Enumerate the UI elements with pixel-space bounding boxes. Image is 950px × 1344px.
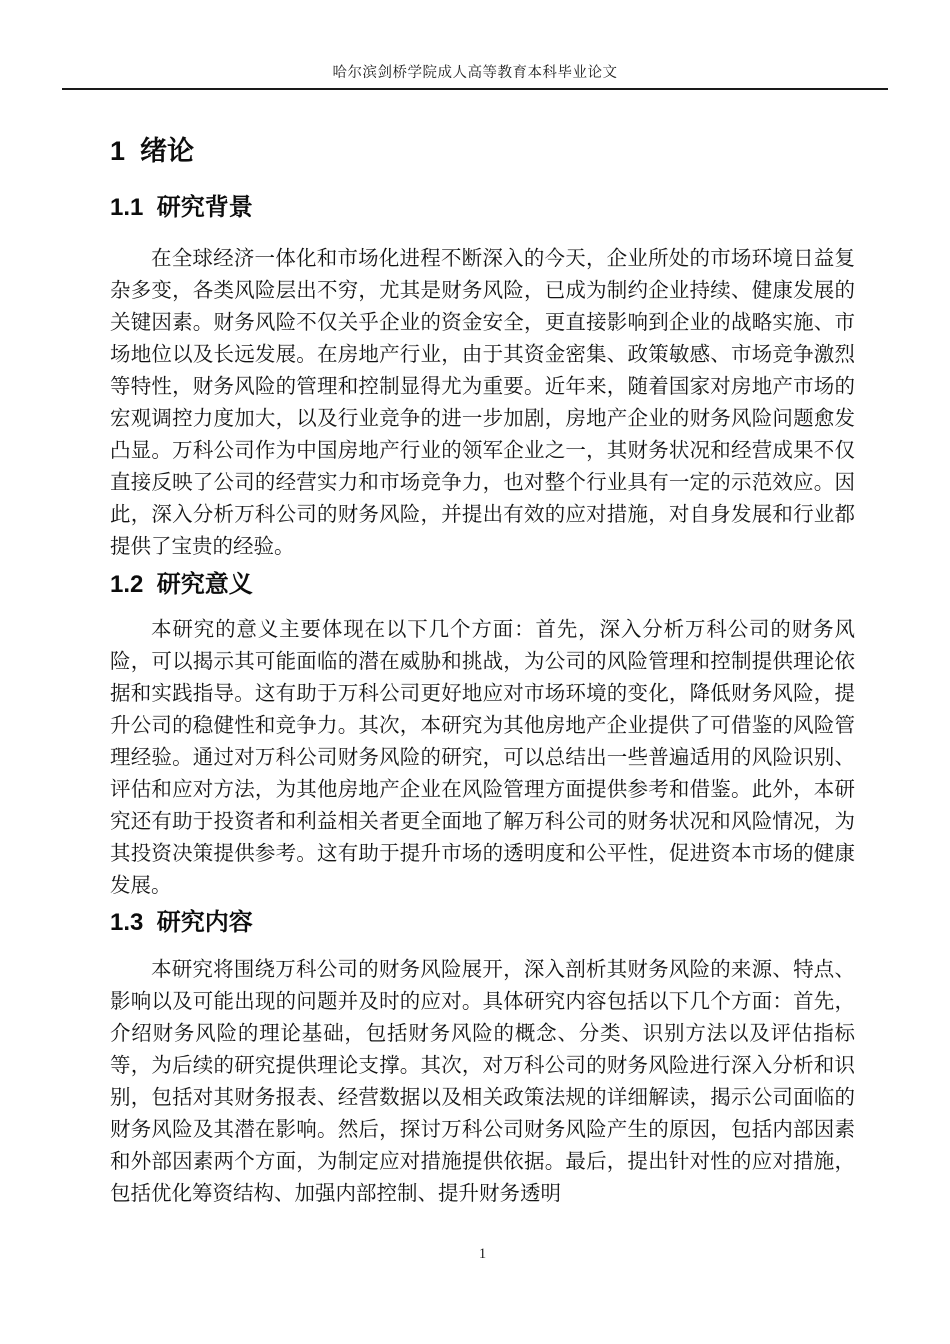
chapter-heading: 1 绪论 [110,137,855,165]
header-title: 哈尔滨剑桥学院成人高等教育本科毕业论文 [62,63,888,83]
section-body-1-2: 本研究的意义主要体现在以下几个方面：首先，深入分析万科公司的财务风险，可以揭示其… [110,614,855,902]
document-body: 1 绪论 1.1 研究背景 在全球经济一体化和市场化进程不断深入的今天，企业所处… [110,90,855,1210]
page-number: 1 [479,1246,486,1262]
section-body-1-3: 本研究将围绕万科公司的财务风险展开，深入剖析其财务风险的来源、特点、影响以及可能… [110,954,855,1210]
section-heading-1-2: 1.2 研究意义 [110,571,855,598]
page-footer: 1 [110,1245,855,1263]
section-heading-1-3: 1.3 研究内容 [110,909,855,936]
document-page: 哈尔滨剑桥学院成人高等教育本科毕业论文 1 绪论 1.1 研究背景 在全球经济一… [0,0,950,1344]
section-body-1-1: 在全球经济一体化和市场化进程不断深入的今天，企业所处的市场环境日益复杂多变，各类… [110,243,855,563]
section-heading-1-1: 1.1 研究背景 [110,194,855,221]
page-header: 哈尔滨剑桥学院成人高等教育本科毕业论文 [62,0,888,90]
